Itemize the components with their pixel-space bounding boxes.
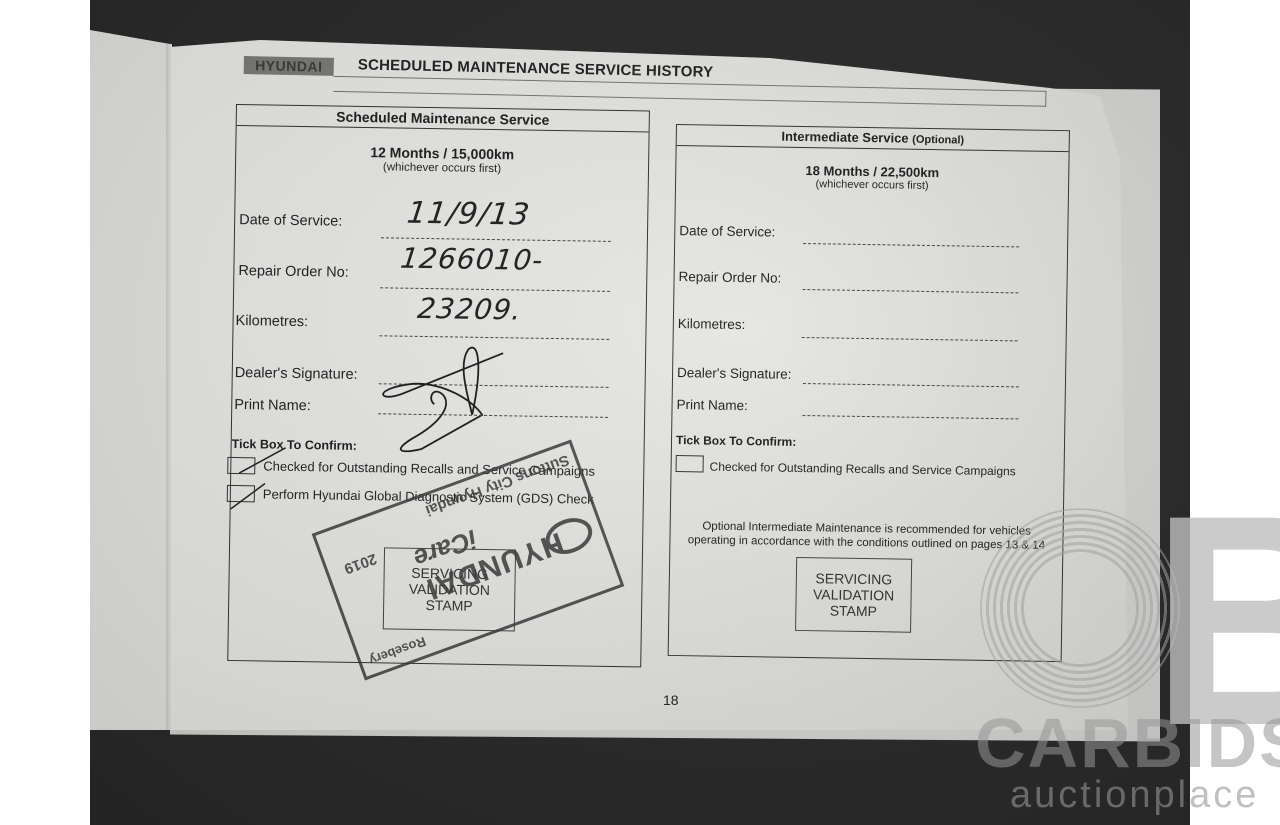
field-label-dealer-signature: Dealer's Signature: xyxy=(235,365,358,383)
panel-heading-text: Intermediate Service xyxy=(781,129,908,146)
stamp-line-2: VALIDATION xyxy=(797,586,911,604)
signature-line[interactable] xyxy=(803,383,1019,387)
field-label-dealer-signature: Dealer's Signature: xyxy=(677,365,792,382)
page-number: 18 xyxy=(663,692,679,708)
watermark-tagline: auctionplace xyxy=(1010,775,1259,815)
panel-heading: Scheduled Maintenance Service xyxy=(237,105,649,132)
stamp-line-1: SERVICING xyxy=(797,570,911,588)
repair-order-line[interactable] xyxy=(802,289,1018,293)
field-label-date: Date of Service: xyxy=(679,223,775,240)
handwritten-kilometres: 23209. xyxy=(416,292,524,327)
kilometres-line xyxy=(379,335,609,340)
field-label-kilometres: Kilometres: xyxy=(235,313,308,330)
handwritten-date: 11/9/13 xyxy=(405,196,532,233)
watermark-name: CARBIDS xyxy=(975,708,1280,778)
field-label-repair-order: Repair Order No: xyxy=(678,269,781,286)
brand-tag: HYUNDAI xyxy=(244,56,334,76)
stamp-line-3: STAMP xyxy=(796,602,910,620)
page-header: HYUNDAI SCHEDULED MAINTENANCE SERVICE HI… xyxy=(243,56,1043,105)
field-label-date: Date of Service: xyxy=(239,212,342,230)
tick-box-title: Tick Box To Confirm: xyxy=(676,433,796,449)
validation-stamp-box: SERVICING VALIDATION STAMP xyxy=(795,557,912,633)
field-label-print-name: Print Name: xyxy=(234,397,311,414)
recalls-check-label: Checked for Outstanding Recalls and Serv… xyxy=(710,460,1016,479)
field-label-kilometres: Kilometres: xyxy=(678,316,746,332)
optional-tag: (Optional) xyxy=(912,134,964,147)
print-name-line[interactable] xyxy=(802,415,1018,419)
recalls-checkbox[interactable] xyxy=(676,455,704,472)
header-rule xyxy=(333,76,1046,107)
repair-order-line xyxy=(380,287,610,292)
field-label-repair-order: Repair Order No: xyxy=(238,263,349,281)
handwritten-repair-order: 1266010- xyxy=(399,242,546,277)
logbook-photo: HYUNDAI SCHEDULED MAINTENANCE SERVICE HI… xyxy=(90,0,1190,825)
dealer-stamp-year: 2019 xyxy=(342,550,379,577)
kilometres-line[interactable] xyxy=(802,337,1018,341)
signature-icon xyxy=(372,343,514,455)
panel-heading: Intermediate Service (Optional) xyxy=(677,125,1069,152)
logbook-page: HYUNDAI SCHEDULED MAINTENANCE SERVICE HI… xyxy=(90,0,1190,825)
field-label-print-name: Print Name: xyxy=(676,397,748,413)
date-line[interactable] xyxy=(803,243,1019,247)
